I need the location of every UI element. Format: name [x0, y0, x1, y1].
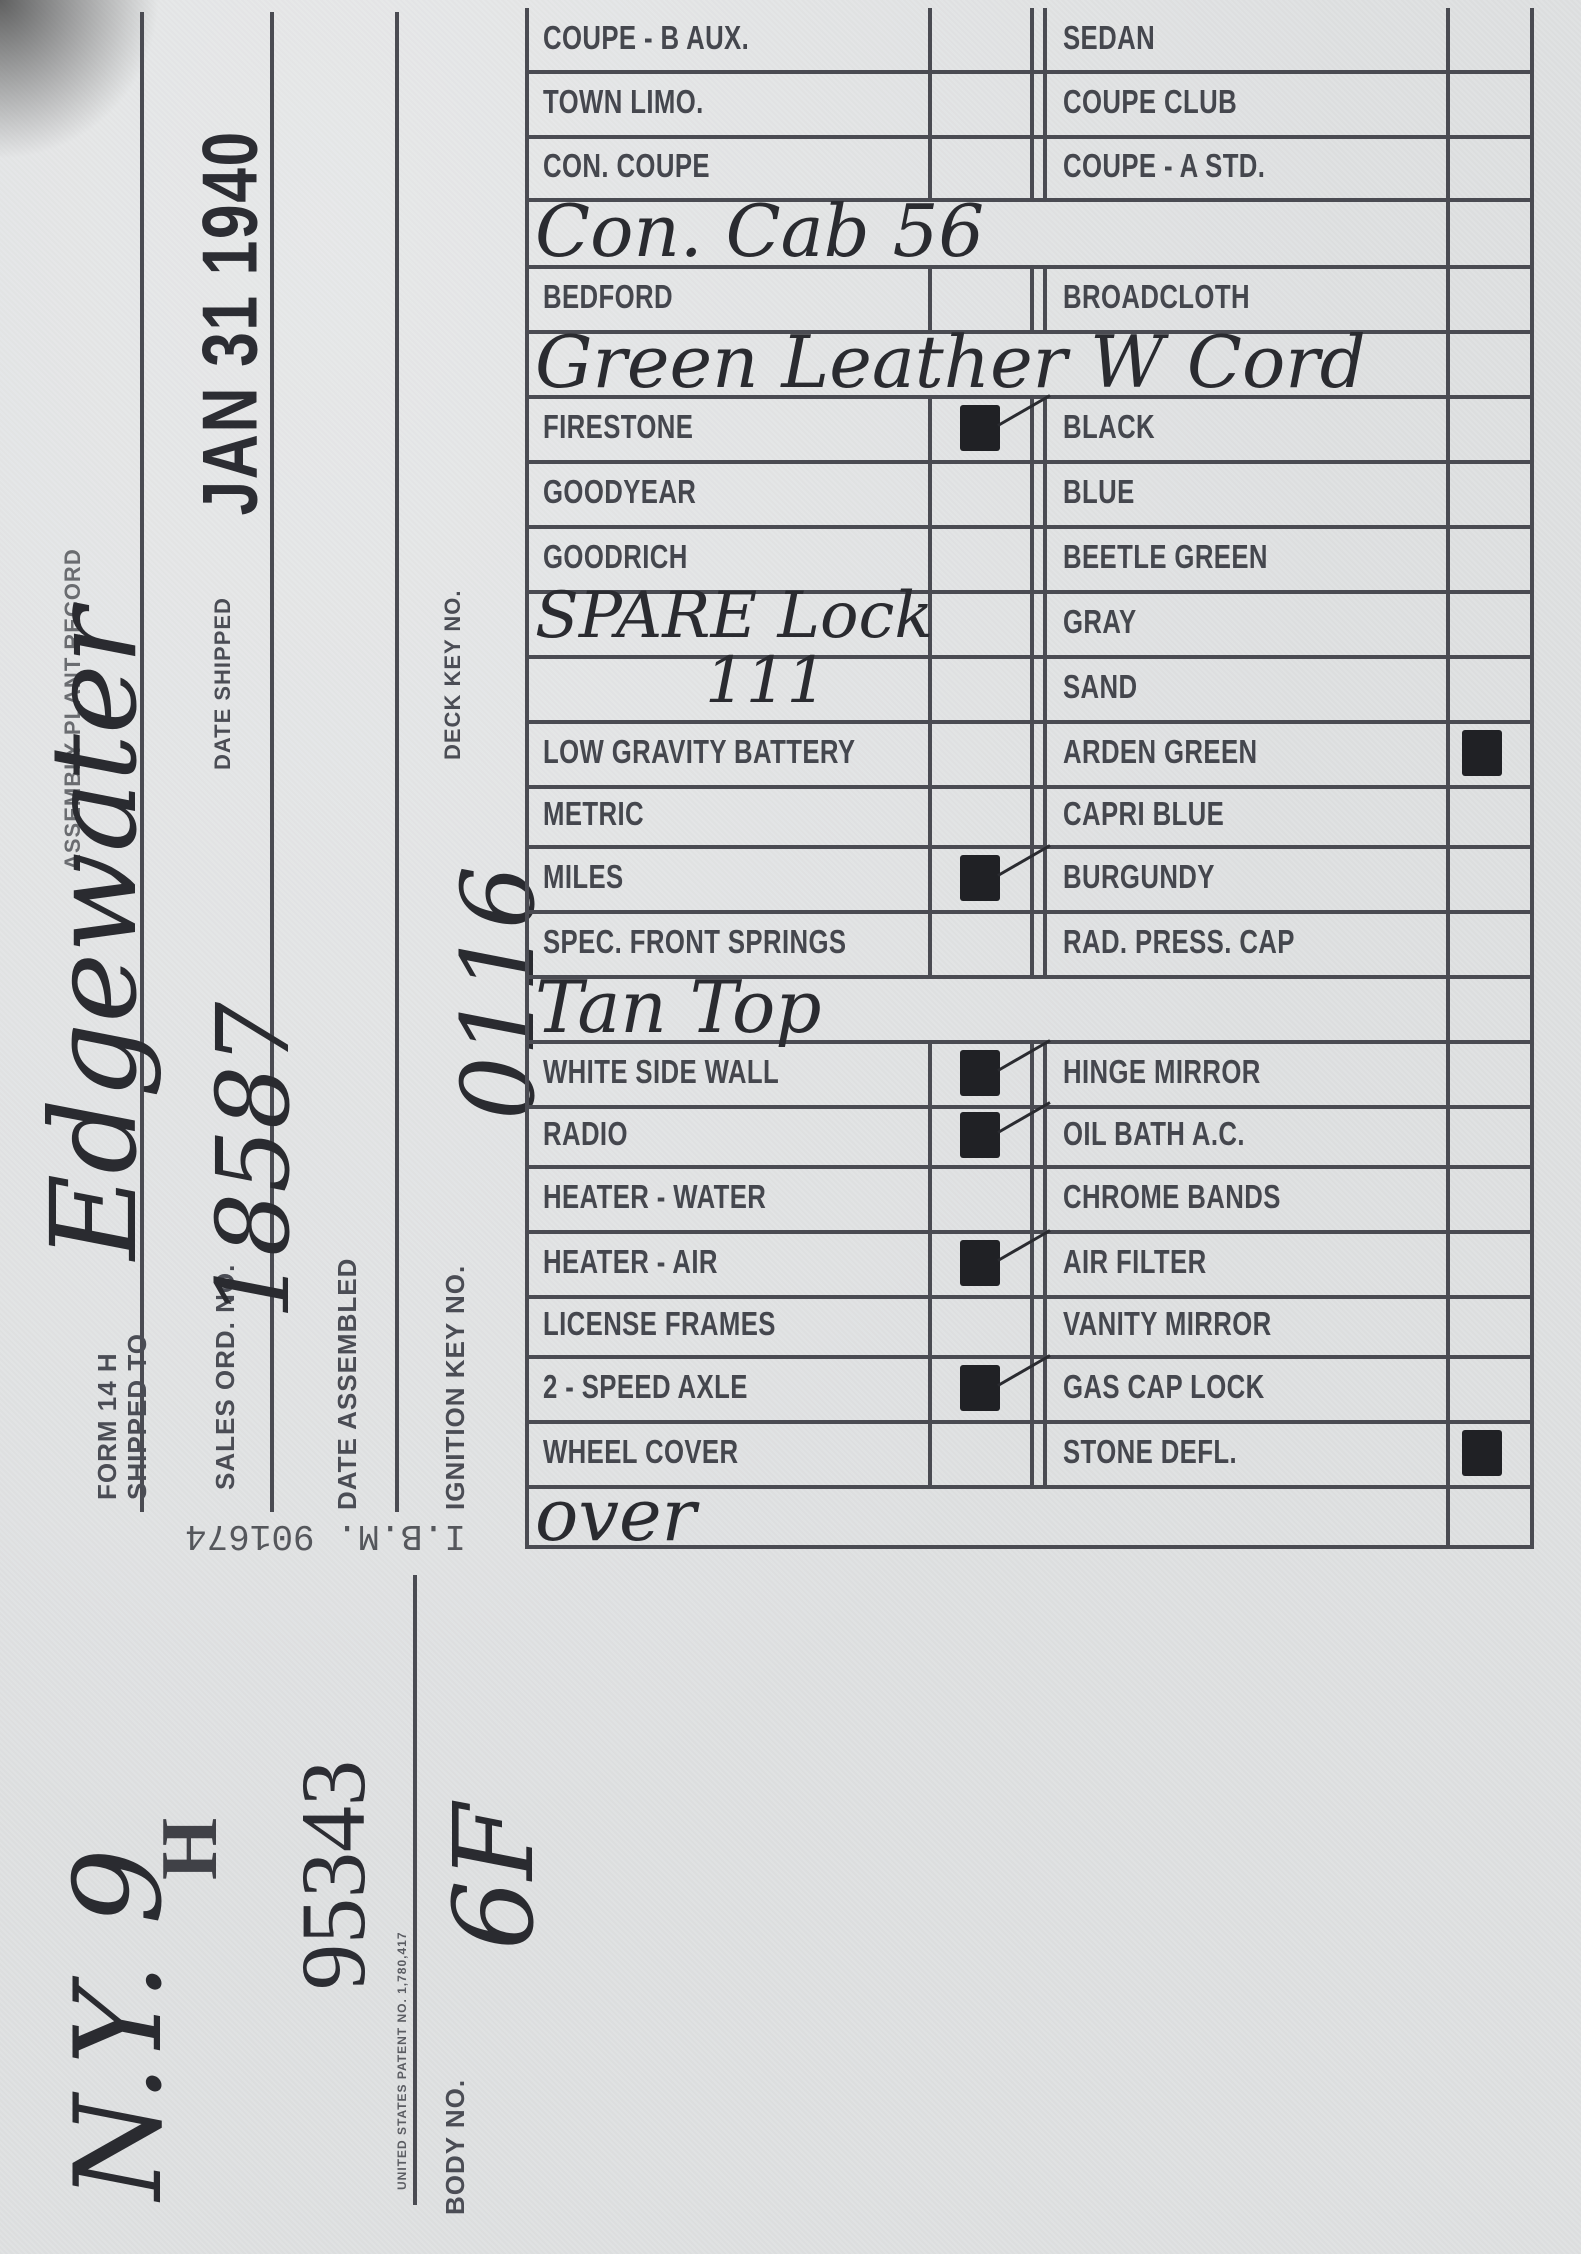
- body-no-value: 6F: [430, 1804, 558, 1950]
- body-no-label: BODY NO.: [440, 2079, 470, 2215]
- table-rule: [928, 910, 932, 975]
- table-rule: [928, 1040, 932, 1105]
- series-letter-stamp: H: [145, 1818, 236, 1880]
- table-rule: [1043, 525, 1047, 590]
- table-rule: [1043, 1355, 1047, 1420]
- date-shipped-label: DATE SHIPPED: [208, 597, 238, 770]
- table-rule: [1030, 70, 1034, 135]
- assembly-plant-record-card: FORM 14 H SHIPPED TO ASSEMBLY PLANT RECO…: [0, 0, 1581, 2254]
- handwritten-note: Green Leather W Cord: [535, 330, 1366, 395]
- table-rule: [525, 8, 529, 1545]
- option-label-left: HEATER - AIR: [543, 1243, 718, 1281]
- option-label-right: VANITY MIRROR: [1063, 1305, 1272, 1343]
- ignition-key-no-label: IGNITION KEY NO.: [440, 1265, 470, 1510]
- table-rule: [1030, 460, 1034, 525]
- option-label-left: MILES: [543, 858, 624, 896]
- table-rule: [928, 1230, 932, 1295]
- option-label-right: BLUE: [1063, 473, 1135, 511]
- table-rule: [928, 8, 932, 70]
- checked-square-icon: [1462, 1430, 1502, 1476]
- table-rule: [1030, 1165, 1034, 1230]
- table-rule: [1043, 460, 1047, 525]
- table-rule: [928, 1355, 932, 1420]
- option-label-right: ARDEN GREEN: [1063, 733, 1258, 771]
- checked-square-icon: [1462, 730, 1502, 776]
- table-rule: [928, 845, 932, 910]
- form-id-label: FORM 14 H: [92, 1352, 122, 1500]
- option-label-right: SEDAN: [1063, 19, 1155, 57]
- table-rule: [1043, 395, 1047, 460]
- handwritten-note: 111: [705, 649, 827, 714]
- option-label-right: GRAY: [1063, 603, 1137, 641]
- checked-square-icon: [960, 1050, 1000, 1096]
- checked-square-icon: [960, 1112, 1000, 1158]
- rule: [413, 1575, 417, 2205]
- table-rule: [928, 1295, 932, 1355]
- patent-text: UNITED STATES PATENT NO. 1,780,417: [395, 1932, 409, 2191]
- table-rule: [1043, 1420, 1047, 1485]
- option-label-right: CAPRI BLUE: [1063, 795, 1224, 833]
- handwritten-note: SPARE Lock: [535, 584, 933, 649]
- handwritten-note: over: [535, 1485, 696, 1545]
- table-rule: [928, 720, 932, 785]
- table-rule: [1043, 1230, 1047, 1295]
- table-rule: [1030, 655, 1034, 720]
- option-label-left: 2 - SPEED AXLE: [543, 1368, 748, 1406]
- table-rule: [1043, 8, 1047, 70]
- table-rule: [928, 655, 932, 720]
- table-rule: [1043, 590, 1047, 655]
- shipped-to-value: Edgewater: [25, 608, 163, 1260]
- option-label-right: RAD. PRESS. CAP: [1063, 923, 1295, 961]
- table-rule: [1043, 910, 1047, 975]
- checked-square-icon: [960, 1240, 1000, 1286]
- option-label-left: COUPE - B AUX.: [543, 19, 749, 57]
- table-rule: [928, 460, 932, 525]
- table-rule: [1043, 845, 1047, 910]
- checked-square-icon: [960, 405, 1000, 451]
- table-rule: [1030, 135, 1034, 198]
- table-rule: [928, 1105, 932, 1165]
- table-rule: [1530, 8, 1534, 1545]
- deck-key-no-label: DECK KEY NO.: [438, 589, 468, 760]
- option-label-left: CON. COUPE: [543, 147, 710, 185]
- table-rule: [1030, 8, 1034, 70]
- table-rule: [1030, 590, 1034, 655]
- option-label-left: RADIO: [543, 1115, 628, 1153]
- table-rule: [928, 1165, 932, 1230]
- table-rule: [1043, 1105, 1047, 1165]
- ibm-form-number: I.B.M. 901674: [185, 1515, 466, 1556]
- option-label-right: CHROME BANDS: [1063, 1178, 1281, 1216]
- photo-shadow: [0, 0, 160, 160]
- option-label-left: WHITE SIDE WALL: [543, 1053, 779, 1091]
- option-label-right: BEETLE GREEN: [1063, 538, 1268, 576]
- table-rule: [1043, 720, 1047, 785]
- table-rule: [1043, 655, 1047, 720]
- option-label-right: SAND: [1063, 668, 1138, 706]
- option-label-right: AIR FILTER: [1063, 1243, 1207, 1281]
- table-rule: [928, 785, 932, 845]
- option-label-left: GOODYEAR: [543, 473, 696, 511]
- option-label-right: BURGUNDY: [1063, 858, 1215, 896]
- option-label-left: WHEEL COVER: [543, 1433, 738, 1471]
- table-rule: [1446, 8, 1450, 1545]
- table-rule: [1043, 785, 1047, 845]
- option-label-right: COUPE CLUB: [1063, 83, 1237, 121]
- table-rule: [1030, 1295, 1034, 1355]
- table-rule: [1043, 70, 1047, 135]
- option-label-left: BEDFORD: [543, 278, 673, 316]
- option-label-left: LICENSE FRAMES: [543, 1305, 776, 1343]
- checked-square-icon: [960, 1365, 1000, 1411]
- option-label-left: LOW GRAVITY BATTERY: [543, 733, 855, 771]
- option-label-left: HEATER - WATER: [543, 1178, 766, 1216]
- table-rule: [1030, 720, 1034, 785]
- table-rule: [1043, 135, 1047, 198]
- option-label-right: COUPE - A STD.: [1063, 147, 1265, 185]
- handwritten-note: Tan Top: [535, 975, 822, 1040]
- option-label-right: GAS CAP LOCK: [1063, 1368, 1265, 1406]
- table-rule: [1030, 1420, 1034, 1485]
- date-assembled-label: DATE ASSEMBLED: [332, 1258, 362, 1510]
- option-label-left: GOODRICH: [543, 538, 688, 576]
- checked-square-icon: [960, 855, 1000, 901]
- table-rule: [1043, 1295, 1047, 1355]
- option-label-left: FIRESTONE: [543, 408, 693, 446]
- option-label-right: BLACK: [1063, 408, 1155, 446]
- sales-ord-no-value: 18587: [195, 1002, 312, 1320]
- option-label-right: HINGE MIRROR: [1063, 1053, 1261, 1091]
- date-shipped-stamp: JAN 31 1940: [185, 116, 276, 516]
- table-rule: [928, 70, 932, 135]
- option-label-right: BROADCLOTH: [1063, 278, 1250, 316]
- table-rule: [928, 395, 932, 460]
- table-rule: [1030, 525, 1034, 590]
- table-rule: [1043, 1165, 1047, 1230]
- option-label-left: METRIC: [543, 795, 644, 833]
- handwritten-note: Con. Cab 56: [535, 198, 984, 265]
- table-rule: [1030, 910, 1034, 975]
- option-label-right: STONE DEFL.: [1063, 1433, 1237, 1471]
- shipped-to-label: SHIPPED TO: [122, 1333, 152, 1500]
- option-label-left: SPEC. FRONT SPRINGS: [543, 923, 846, 961]
- table-rule: [928, 1420, 932, 1485]
- rule: [395, 12, 399, 1512]
- table-rule: [1043, 1040, 1047, 1105]
- serial-number-stamp: 95343: [280, 1760, 386, 1990]
- option-label-right: OIL BATH A.C.: [1063, 1115, 1245, 1153]
- table-rule: [1030, 785, 1034, 845]
- handwritten-location: N.Y. 9: [50, 1848, 189, 2200]
- option-label-left: TOWN LIMO.: [543, 83, 704, 121]
